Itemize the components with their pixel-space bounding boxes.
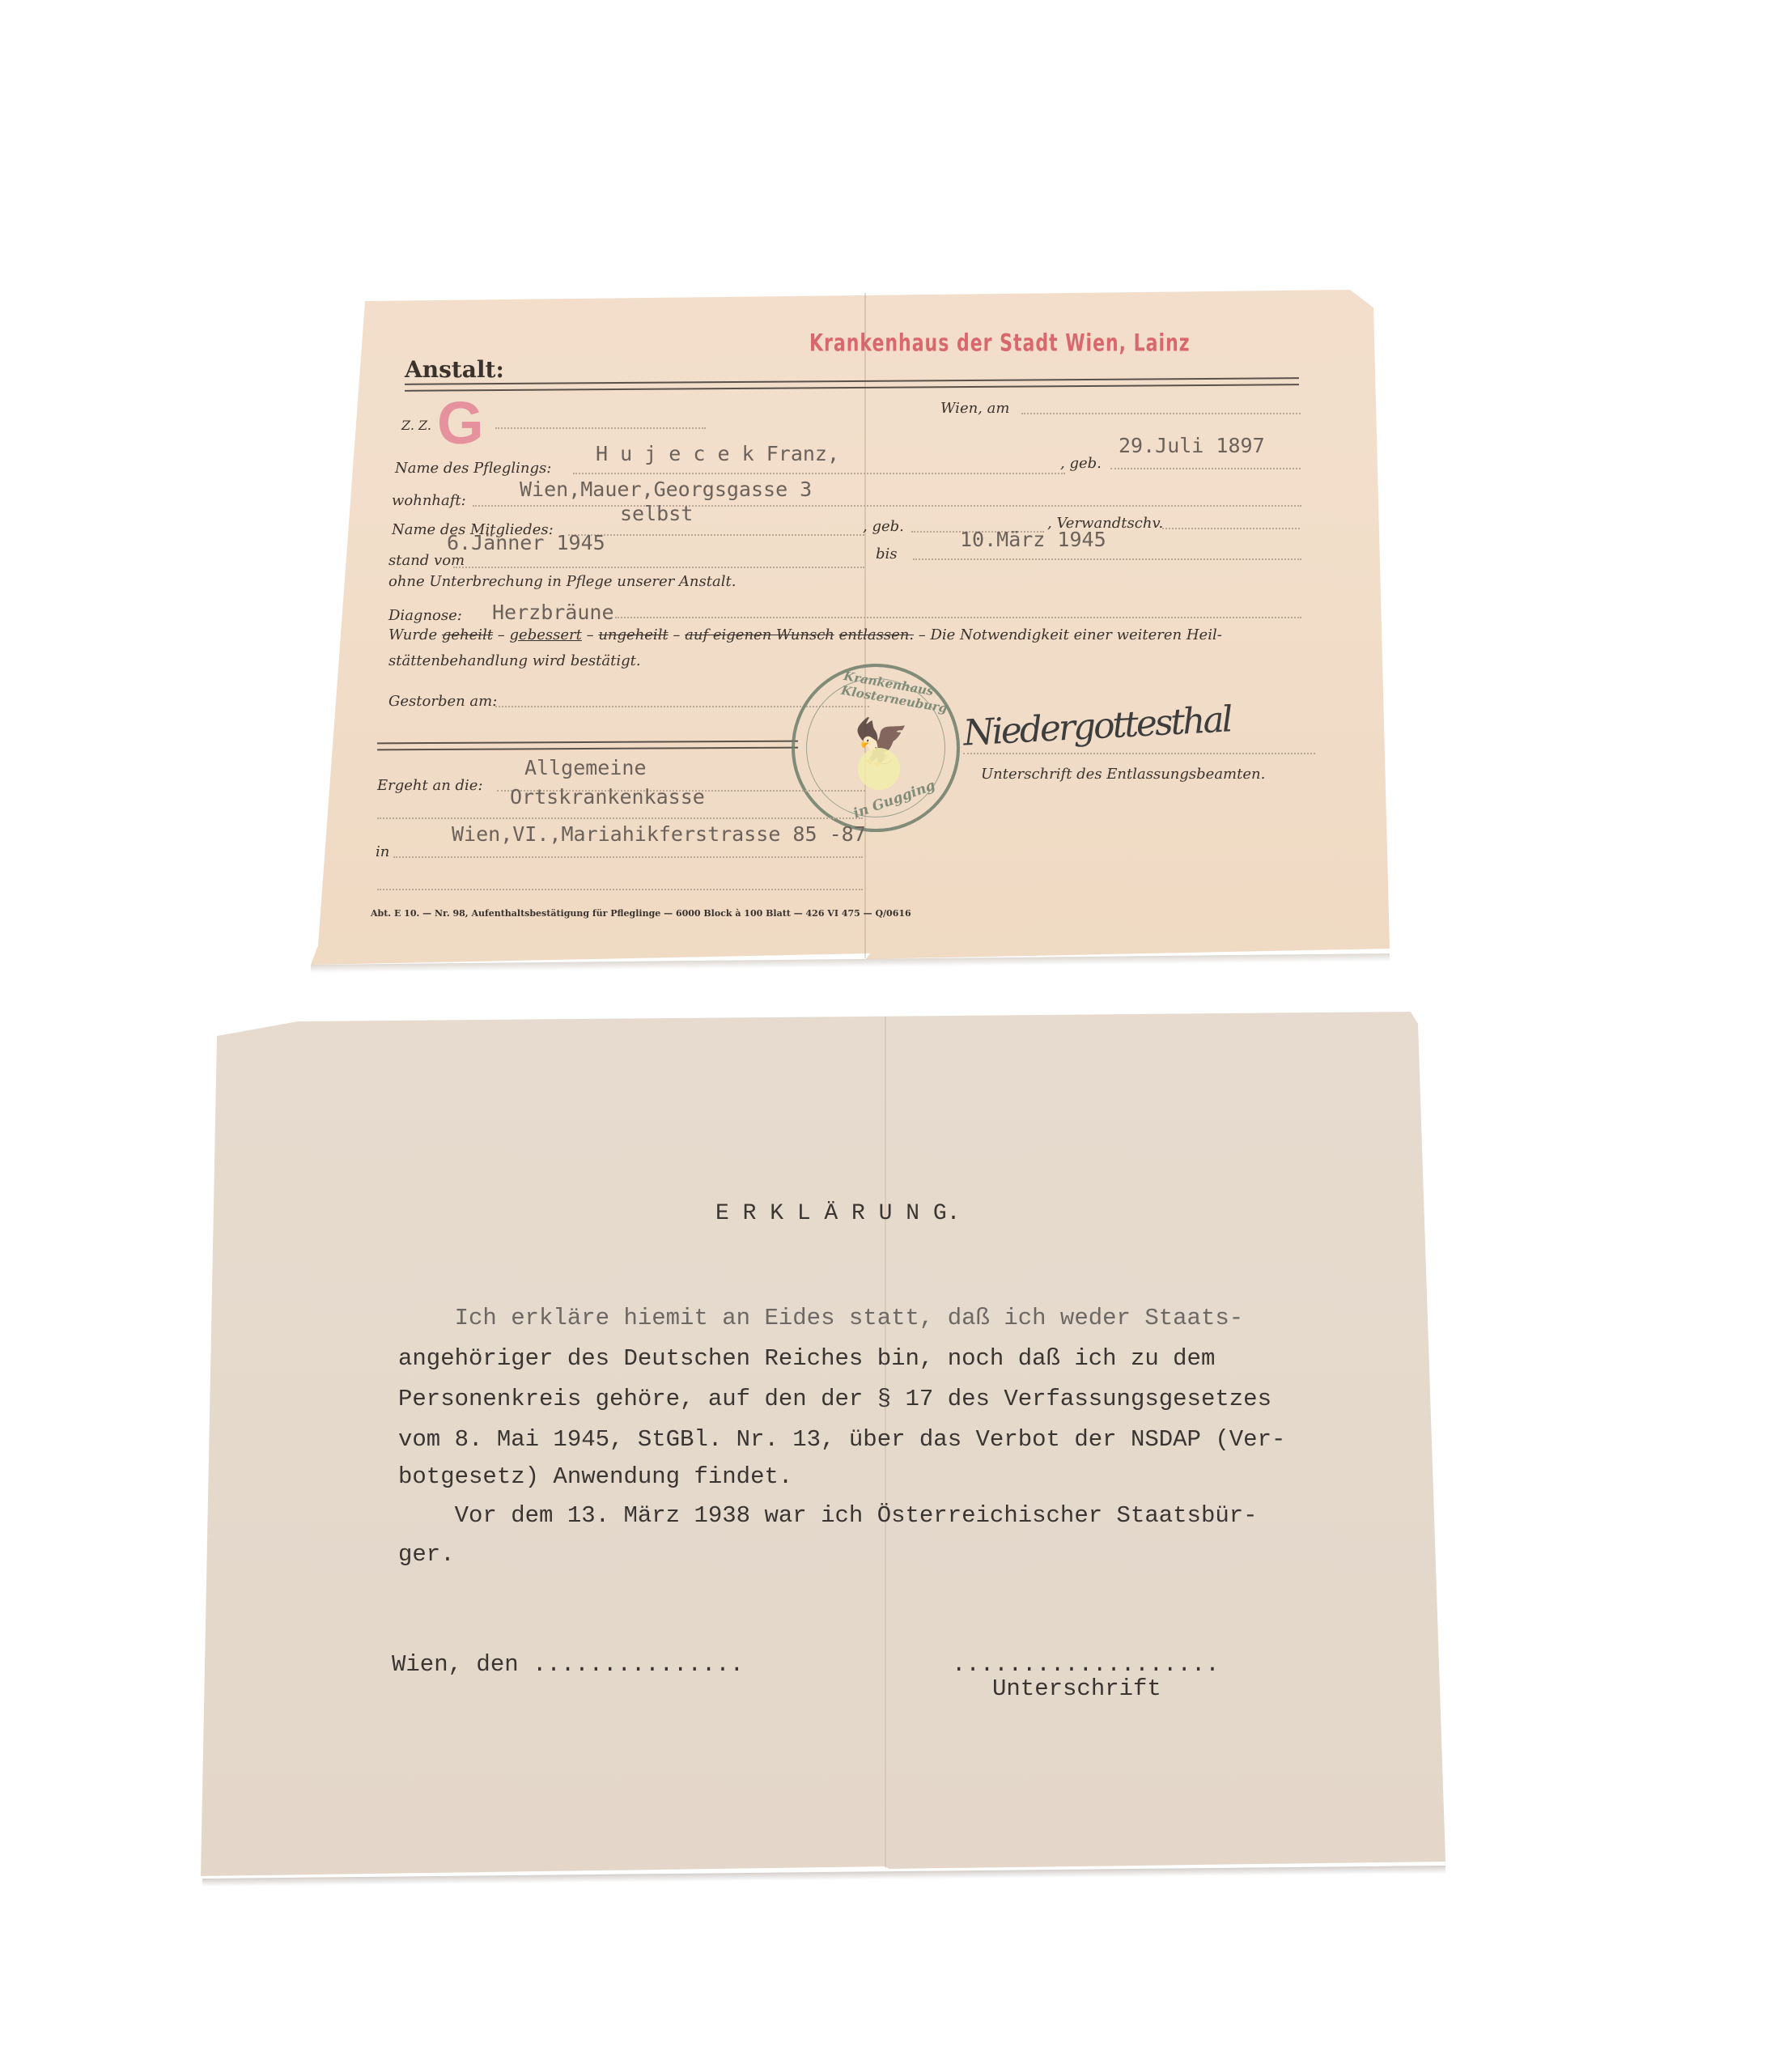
signature-dots: ................... — [952, 1651, 1220, 1678]
in-label: in — [376, 843, 389, 860]
addressee-line-2: Ortskrankenkasse — [510, 785, 705, 809]
hospital-red-stamp: Krankenhaus der Stadt Wien, Lainz — [809, 330, 1191, 358]
place-date-line: Wien, den ............... — [392, 1651, 744, 1678]
signature-caption: Unterschrift des Entlassungsbeamten. — [981, 766, 1265, 783]
option-healed: geheilt — [442, 626, 493, 643]
address-value: Wien,VI.,Mariahikferstrasse 85 -87 — [452, 822, 866, 846]
option-unhealed: ungeheilt — [598, 626, 668, 643]
body-line-4: vom 8. Mai 1945, StGBl. Nr. 13, über das… — [398, 1426, 1285, 1453]
body-line-5: botgesetz) Anwendung findet. — [398, 1463, 792, 1490]
g-stamp: G — [437, 388, 484, 457]
option-own-request: auf eigenen Wunsch — [685, 626, 834, 643]
patient-born-value: 29.Juli 1897 — [1119, 434, 1265, 457]
fold-crease — [864, 293, 866, 958]
member-born-label: , geb. — [863, 518, 904, 535]
hospital-confirmation-form: Krankenhaus der Stadt Wien, Lainz Anstal… — [0, 0, 1766, 1012]
patient-name-value: H u j e c e k Franz, — [596, 442, 839, 465]
discharge-note: stättenbehandlung wird bestätigt. — [388, 652, 641, 669]
patient-name-label: Name des Pfleglings: — [395, 460, 551, 477]
stay-from-value: 6.Jänner 1945 — [447, 531, 605, 554]
institution-label: Anstalt: — [405, 356, 504, 383]
addressee-line-1: Allgemeine — [524, 756, 647, 779]
file-ref-label: Z. Z. — [401, 418, 431, 433]
body-line-2: angehöriger des Deutschen Reiches bin, n… — [398, 1345, 1215, 1372]
body-line-1: Ich erkläre hiemit an Eides statt, daß i… — [398, 1305, 1243, 1331]
option-improved: gebessert — [510, 626, 582, 643]
form-footer: Abt. E 10. — Nr. 98, Aufenthaltsbestätig… — [371, 908, 911, 919]
diagnosis-value: Herzbräune — [492, 601, 614, 624]
addressee-label: Ergeht an die: — [377, 777, 483, 794]
signature-label: Unterschrift — [992, 1675, 1161, 1702]
residence-label: wohnhaft: — [392, 492, 466, 509]
body-line-7: ger. — [398, 1541, 455, 1568]
died-label: Gestorben am: — [388, 693, 497, 710]
residence-value: Wien,Mauer,Georgsgasse 3 — [520, 478, 812, 501]
body-line-6: Vor dem 13. März 1938 war ich Österreich… — [398, 1502, 1258, 1529]
discharge-status: Wurde geheilt – gebessert – ungeheilt – … — [388, 626, 1222, 643]
patient-born-label: , geb. — [1060, 455, 1102, 472]
official-seal: Krankenhaus Klosterneuburg 🦅 in Gugging — [792, 664, 960, 832]
stay-to-value: 10.März 1945 — [960, 528, 1106, 551]
diagnosis-label: Diagnose: — [388, 607, 462, 624]
place-date-label: Wien, am — [940, 400, 1009, 417]
stay-to-label: bis — [876, 546, 898, 563]
seal-center-mark — [858, 748, 900, 790]
member-name-value: selbst — [620, 502, 693, 525]
care-note: ohne Unterbrechung in Pflege unserer Ans… — [388, 573, 736, 590]
declaration-heading: E R K L Ä R U N G. — [715, 1201, 960, 1226]
body-line-3: Personenkreis gehöre, auf den der § 17 d… — [398, 1386, 1271, 1412]
